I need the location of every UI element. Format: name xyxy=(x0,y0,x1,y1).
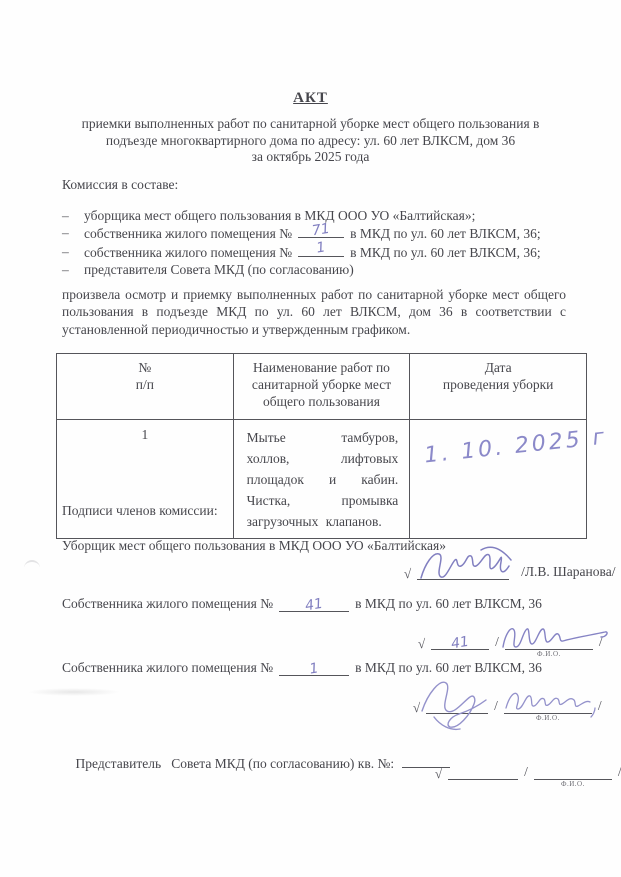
cleaner-signature-row: √ /Л.В. Шаранова/ xyxy=(404,556,615,580)
header-num: № п/п xyxy=(57,354,234,420)
owner2-caption: Собственника жилого помещения №1в МКД по… xyxy=(62,660,542,676)
dash-marker: – xyxy=(62,224,84,242)
item-suffix: в МКД по ул. 60 лет ВЛКСМ, 36; xyxy=(350,245,541,260)
owner1-prefix: Собственника жилого помещения № xyxy=(62,596,273,612)
owner1-number-sig-blank: 41 xyxy=(431,636,489,650)
handwritten-owner1-sig-number: 41 xyxy=(450,634,470,653)
signature-blank xyxy=(417,566,509,580)
representative-signature-row: √ / Ф.И.О. / xyxy=(435,756,621,780)
owner2-suffix: в МКД по ул. 60 лет ВЛКСМ, 36 xyxy=(355,660,542,676)
subtitle-line-3: за октябрь 2025 года xyxy=(0,149,621,166)
table-header-row: № п/п Наименование работ по санитарной у… xyxy=(57,354,587,420)
slash-separator: / xyxy=(524,764,528,780)
document-title: АКТ xyxy=(0,90,621,107)
document-subtitle: приемки выполненных работ по санитарной … xyxy=(0,116,621,166)
check-mark: √ xyxy=(413,701,420,714)
cleaner-printed-name: /Л.В. Шаранова/ xyxy=(521,564,615,580)
row-work-description: Мытье тамбуров, холлов, лифтовых площадо… xyxy=(233,420,410,539)
commission-heading: Комиссия в составе: xyxy=(62,177,178,193)
owner1-signature-row: √ 41 / Ф.И.О. / xyxy=(418,628,603,650)
apartment-number-blank: 1 xyxy=(298,243,344,257)
item-prefix: собственника жилого помещения № xyxy=(84,245,292,260)
scan-artifact xyxy=(24,560,40,576)
representative-signature-blank xyxy=(448,766,518,780)
subtitle-line-1: приемки выполненных работ по санитарной … xyxy=(0,116,621,133)
owner2-signature-blank xyxy=(426,700,488,714)
representative-text: Представитель Совета МКД (по согласовани… xyxy=(76,756,395,771)
scanned-act-document: АКТ приемки выполненных работ по санитар… xyxy=(0,0,621,877)
handwritten-apartment-number: 1 xyxy=(315,240,327,259)
item-suffix: в МКД по ул. 60 лет ВЛКСМ, 36; xyxy=(350,226,541,241)
owner2-name-blank: Ф.И.О. xyxy=(504,700,592,714)
handwritten-apartment-number: 71 xyxy=(311,221,331,241)
slash-separator: / xyxy=(598,698,602,714)
row-date-cell: 1. 10. 2025 г xyxy=(410,420,587,539)
header-work: Наименование работ по санитарной уборке … xyxy=(233,354,410,420)
representative-name-blank: Ф.И.О. xyxy=(534,766,612,780)
owner2-number-blank: 1 xyxy=(279,662,349,676)
check-mark: √ xyxy=(435,767,442,780)
commission-item-text: собственника жилого помещения №71в МКД п… xyxy=(84,224,587,242)
owner1-suffix: в МКД по ул. 60 лет ВЛКСМ, 36 xyxy=(355,596,542,612)
owner2-signature xyxy=(412,673,502,735)
header-num-line1: № xyxy=(61,359,229,376)
check-mark: √ xyxy=(404,567,411,580)
owner1-caption: Собственника жилого помещения №41в МКД п… xyxy=(62,596,542,612)
commission-item-text: уборщика мест общего пользования в МКД О… xyxy=(84,207,587,224)
intro-paragraph: произвела осмотр и приемку выполненных р… xyxy=(62,286,566,338)
item-prefix: собственника жилого помещения № xyxy=(84,226,292,241)
commission-item-owner2: – собственника жилого помещения №1в МКД … xyxy=(62,243,587,261)
cleaner-signature-caption: Уборщик мест общего пользования в МКД ОО… xyxy=(62,538,446,554)
representative-caption: Представитель Совета МКД (по согласовани… xyxy=(62,738,450,788)
owner2-signature-row: √ / Ф.И.О. / xyxy=(413,692,602,714)
fio-label: Ф.И.О. xyxy=(536,713,560,722)
table-row: 1 Мытье тамбуров, холлов, лифтовых площа… xyxy=(57,420,587,539)
signatures-heading: Подписи членов комиссии: xyxy=(62,503,218,519)
commission-item-owner1: – собственника жилого помещения №71в МКД… xyxy=(62,224,587,242)
handwritten-owner1-number: 41 xyxy=(304,596,324,615)
header-date: Дата проведения уборки xyxy=(410,354,587,420)
slash-separator: / xyxy=(495,634,499,650)
header-num-line2: п/п xyxy=(61,376,229,393)
commission-item-representative: – представителя Совета МКД (по согласова… xyxy=(62,261,587,278)
commission-item-text: собственника жилого помещения №1в МКД по… xyxy=(84,243,587,261)
owner1-signature-blank: Ф.И.О. xyxy=(505,636,593,650)
check-mark: √ xyxy=(418,637,425,650)
scan-artifact xyxy=(28,688,120,696)
dash-marker: – xyxy=(62,207,84,224)
handwritten-owner2-number: 1 xyxy=(308,660,319,677)
header-date-line1: Дата xyxy=(414,359,582,376)
fio-label: Ф.И.О. xyxy=(537,649,561,658)
subtitle-line-2: подъезде многоквартирного дома по адресу… xyxy=(0,133,621,150)
header-date-line2: проведения уборки xyxy=(414,376,582,393)
handwritten-cleaning-date: 1. 10. 2025 г xyxy=(424,424,609,468)
dash-marker: – xyxy=(62,261,84,278)
fio-label: Ф.И.О. xyxy=(561,779,585,788)
row-number: 1 xyxy=(57,420,234,539)
apartment-number-blank: 71 xyxy=(298,224,344,238)
commission-item-text: представителя Совета МКД (по согласовани… xyxy=(84,261,587,278)
commission-list: – уборщика мест общего пользования в МКД… xyxy=(62,207,587,279)
dash-marker: – xyxy=(62,243,84,261)
owner1-number-blank: 41 xyxy=(279,598,349,612)
owner2-prefix: Собственника жилого помещения № xyxy=(62,660,273,676)
slash-separator: / xyxy=(494,698,498,714)
slash-separator: / xyxy=(599,634,603,650)
